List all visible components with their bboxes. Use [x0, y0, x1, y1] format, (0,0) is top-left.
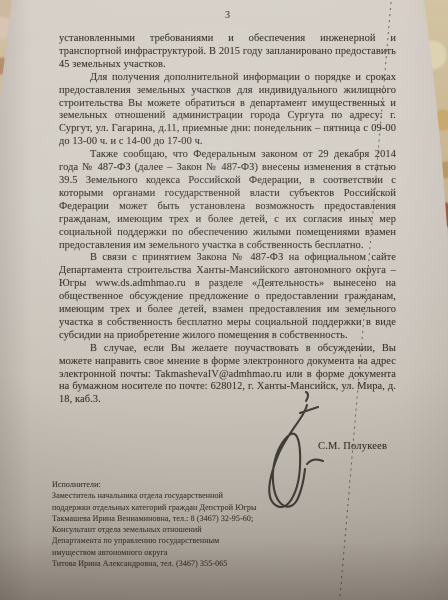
executor-line: Титова Ирина Александровна, тел. (3467) … [52, 558, 257, 569]
paragraph-public-discussion: В связи с принятием Закона № 487-ФЗ на о… [59, 252, 396, 342]
paragraph-feedback-address: В случае, если Вы желаете поучаствовать … [59, 343, 396, 408]
executor-line: Департамента по управлению государственн… [52, 535, 257, 546]
executors-heading: Исполнители: [52, 479, 257, 490]
executor-line: имуществом автономного округа [52, 547, 257, 558]
document-page: 3 установленными требованиями и обеспече… [0, 0, 448, 600]
photo-of-document: 3 установленными требованиями и обеспече… [0, 0, 448, 600]
executor-line: поддержки отдельных категорий граждан Де… [52, 502, 257, 513]
executor-line: Заместитель начальника отдела государств… [52, 490, 257, 501]
signature-dash [307, 459, 323, 464]
page-number: 3 [59, 10, 396, 21]
signature-main-loop [269, 405, 307, 507]
paragraph-law-487: Также сообщаю, что Федеральным законом о… [59, 149, 396, 252]
paragraph-continuation: установленными требованиями и обеспечени… [59, 33, 396, 72]
executor-line: Такмашева Ирина Вениаминовна, тел.: 8 (3… [52, 513, 257, 524]
paragraph-contact-info: Для получения дополнительной информации … [59, 72, 396, 149]
executors-block: Исполнители: Заместитель начальника отде… [52, 479, 257, 569]
executor-line: Консультант отдела земельных отношений [52, 524, 257, 535]
signature-cross-bar [300, 407, 318, 413]
document-body: установленными требованиями и обеспечени… [59, 33, 396, 407]
